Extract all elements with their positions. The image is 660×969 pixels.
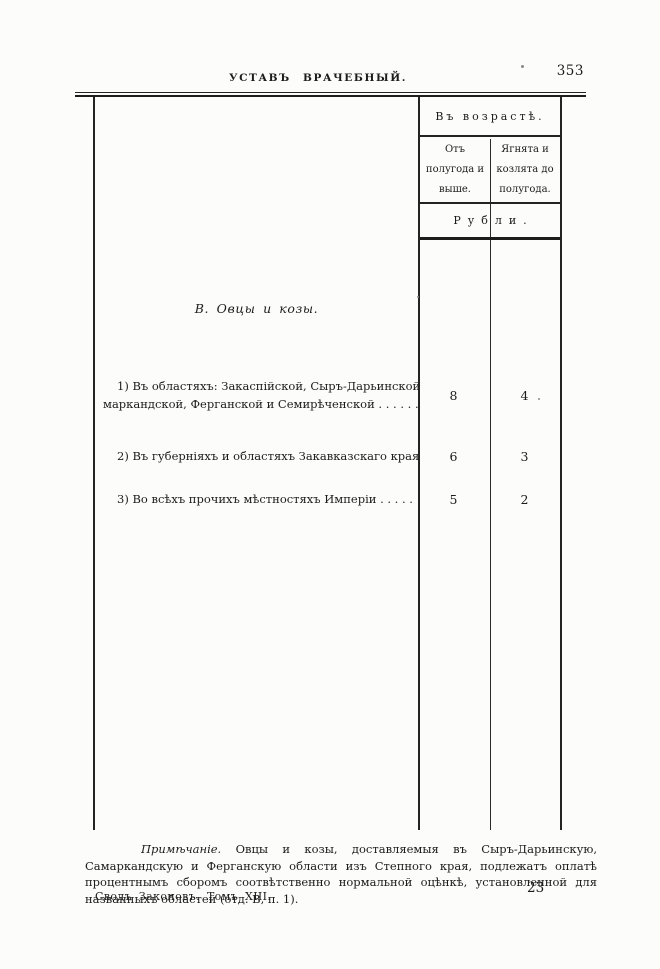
row-label-line1: 2) Въ губерніяхъ и областяхъ Закавказска… [95,447,418,465]
age-group-header: Въ возрастѣ. [420,97,560,137]
scan-speck [417,296,419,298]
footer-sheet-number: 23 [527,880,544,896]
scan-speck [538,398,540,400]
row-value-col1: 5 [418,490,489,508]
table-header-block: Въ возрастѣ. Отъ полугода и выше. Ягнята… [420,97,560,240]
row-value-col2: 4 [489,377,560,413]
row-label-line2: маркандской, Ферганской и Семирѣченской … [95,395,418,413]
scan-speck [521,65,524,68]
scanned-document-page: УСТАВЪ ВРАЧЕБНЫЙ. 353 Въ возрастѣ. Отъ п… [0,0,660,969]
footnote-label: Примѣчаніе. [141,842,221,856]
row-label: 2) Въ губерніяхъ и областяхъ Закавказска… [95,447,418,465]
table-sub-divider [490,139,491,830]
row-label-line1: 3) Во всѣхъ прочихъ мѣстностяхъ Имперіи … [95,490,418,508]
document-title: УСТАВЪ ВРАЧЕБНЫЙ. [229,72,407,84]
price-table: Въ возрастѣ. Отъ полугода и выше. Ягнята… [93,97,562,830]
page-number: 353 [557,63,584,79]
footer-volume-label: Сводъ Законовъ. Томъ XIII. [95,890,271,903]
row-value-col1: 8 [418,377,489,413]
column-header-over-half-year: Отъ полугода и выше. [420,137,490,202]
column-headers-row: Отъ полугода и выше. Ягнята и козлята до… [420,137,560,204]
row-value-col1: 6 [418,447,489,465]
row-value-col2: 3 [489,447,560,465]
column-header-lambs-kids: Ягнята и козлята до полугода. [490,137,560,202]
section-heading-sheep-goats: В. Овцы и козы. [95,301,418,316]
table-row: 3) Во всѣхъ прочихъ мѣстностяхъ Имперіи … [95,490,560,508]
row-value-col2: 2 [489,490,560,508]
table-row: 2) Въ губерніяхъ и областяхъ Закавказска… [95,447,560,465]
row-label-line1: 1) Въ областяхъ: Закаспійской, Сыръ-Дарь… [95,377,418,395]
table-row: 1) Въ областяхъ: Закаспійской, Сыръ-Дарь… [95,377,560,413]
row-label: 3) Во всѣхъ прочихъ мѣстностяхъ Имперіи … [95,490,418,508]
row-label: 1) Въ областяхъ: Закаспійской, Сыръ-Дарь… [95,377,418,413]
unit-header-rubles: Рубли. [420,204,560,240]
